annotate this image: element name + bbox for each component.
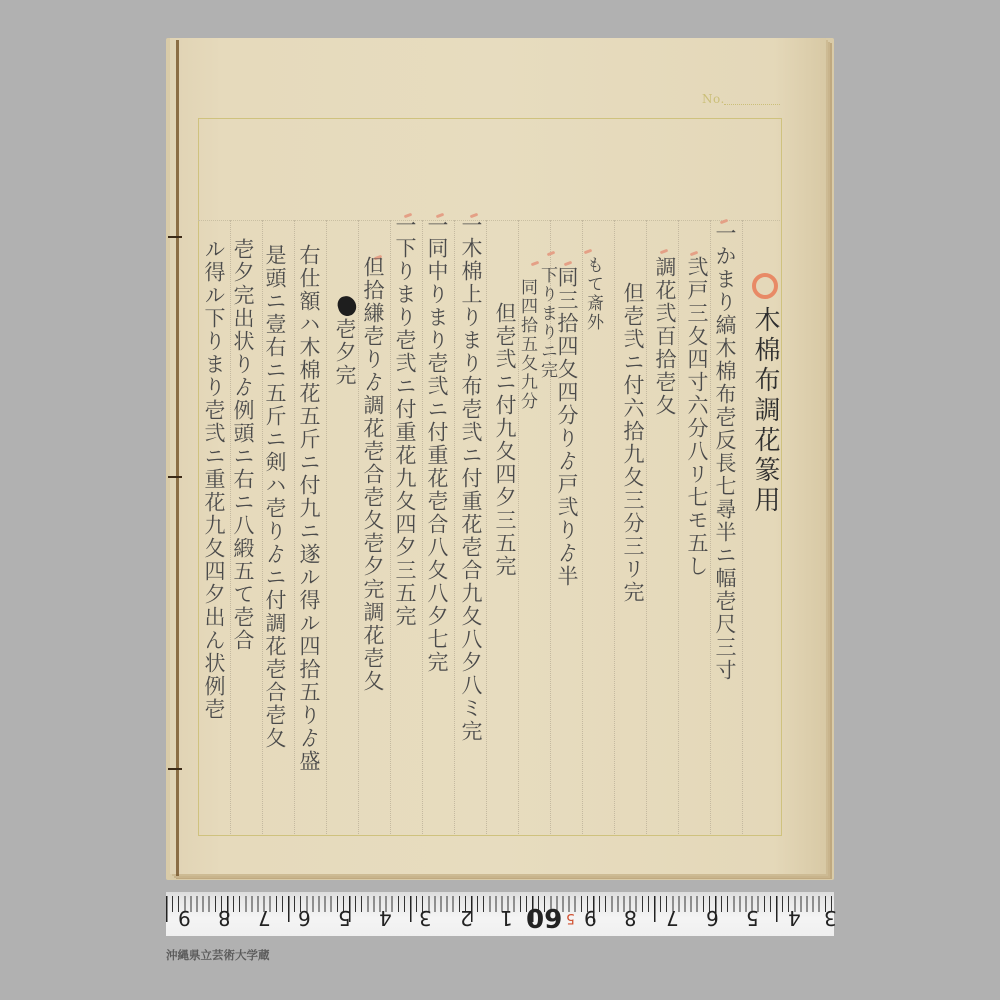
text-column: もて斎外 — [584, 256, 601, 332]
ruler-number: 5 — [746, 906, 759, 930]
text-column: 但拾縑壱りゟ調花壱合壱夂壱夕完調花壱夂 — [362, 256, 383, 693]
page-number-line — [724, 104, 780, 105]
rule-line — [422, 220, 423, 834]
text-column: 弐戸三夂四寸六分八リ七モ五し — [686, 256, 707, 578]
text-column: 一かまり縞木棉布壱反長七尋半ニ幅壱尺三寸 — [714, 222, 735, 682]
ruler-number: 4 — [788, 906, 801, 930]
binding-stitch — [168, 236, 182, 238]
text-column: 壱夕完 — [334, 318, 355, 387]
ruler-number: 4 — [379, 906, 392, 930]
rule-line — [390, 220, 391, 834]
ruler-number: 9 — [178, 906, 191, 930]
text-column: 壱夕完出状りゟ例頭ニ右ニ八緞五て壱合 — [232, 238, 253, 652]
rule-line — [614, 220, 615, 834]
text-column: 調花弐百拾壱夂 — [654, 256, 675, 417]
rule-line — [678, 220, 679, 834]
ruler-number: 5 — [338, 906, 351, 930]
ruler-number: 8 — [624, 906, 637, 930]
text-column: 右仕額ハ木棉花五斤ニ付九ニ遂ル得ル四拾五りゟ盛 — [298, 244, 319, 773]
rule-line — [326, 220, 327, 834]
text-column: 一木棉上りまり布壱弐ニ付重花壱合九夂八夕八ミ完 — [460, 214, 481, 743]
ruler-number: 9 — [584, 906, 597, 930]
rule-line — [358, 220, 359, 834]
text-column: 一同中りまり壱弐ニ付重花壱合八夂八夕七完 — [426, 214, 447, 674]
ruler-big-label: 60 — [526, 902, 562, 932]
red-circle-seal-icon — [752, 273, 778, 299]
text-column: 同三拾四夂四分りゟ戸弐りゟ半 — [556, 266, 577, 588]
rule-line — [454, 220, 455, 834]
binding-stitch — [168, 476, 182, 478]
rule-line — [710, 220, 711, 834]
ruler-number: 6 — [298, 906, 311, 930]
ruler-number: 3 — [419, 906, 432, 930]
rule-line — [742, 220, 743, 834]
ruler-number: 8 — [218, 906, 231, 930]
text-column: 同四拾五夂九分 — [518, 278, 535, 411]
ruler-number: 1 — [500, 906, 513, 930]
measuring-ruler: 9 8 7 6 5 4 3 2 1 60 5 9 8 7 6 5 4 3 — [166, 892, 834, 936]
text-column: 下りまりニ完 — [538, 266, 555, 380]
page-number-label: No. — [702, 92, 725, 106]
text-column: 但壱弐ニ付九夂四夕三五完 — [494, 302, 515, 578]
ruler-number: 7 — [258, 906, 271, 930]
ruler-number: 2 — [460, 906, 473, 930]
document-title: 木棉布調花篆用 — [752, 306, 778, 516]
ruler-number: 6 — [706, 906, 719, 930]
rule-line — [486, 220, 487, 834]
text-column: ル得ル下りまり壱弐ニ重花九夂四夕出ん状例壱 — [203, 238, 224, 721]
rule-line — [646, 220, 647, 834]
ruler-red-label: 5 — [566, 910, 575, 926]
text-column: 一下りまり壱弐ニ付重花九夂四夕三五完 — [394, 214, 415, 628]
text-column: 是頭ニ壹右ニ五斤ニ剣ハ壱りゟニ付調花壱合壱夂 — [264, 244, 285, 750]
ruler-number: 3 — [824, 906, 837, 930]
rule-line — [294, 220, 295, 834]
binding-spine — [176, 40, 179, 876]
text-column: 但壱弐ニ付六拾九夂三分三リ完 — [622, 282, 643, 604]
ruler-number: 7 — [666, 906, 679, 930]
collection-credit: 沖縄県立芸術大学蔵 — [166, 947, 270, 963]
binding-stitch — [168, 768, 182, 770]
